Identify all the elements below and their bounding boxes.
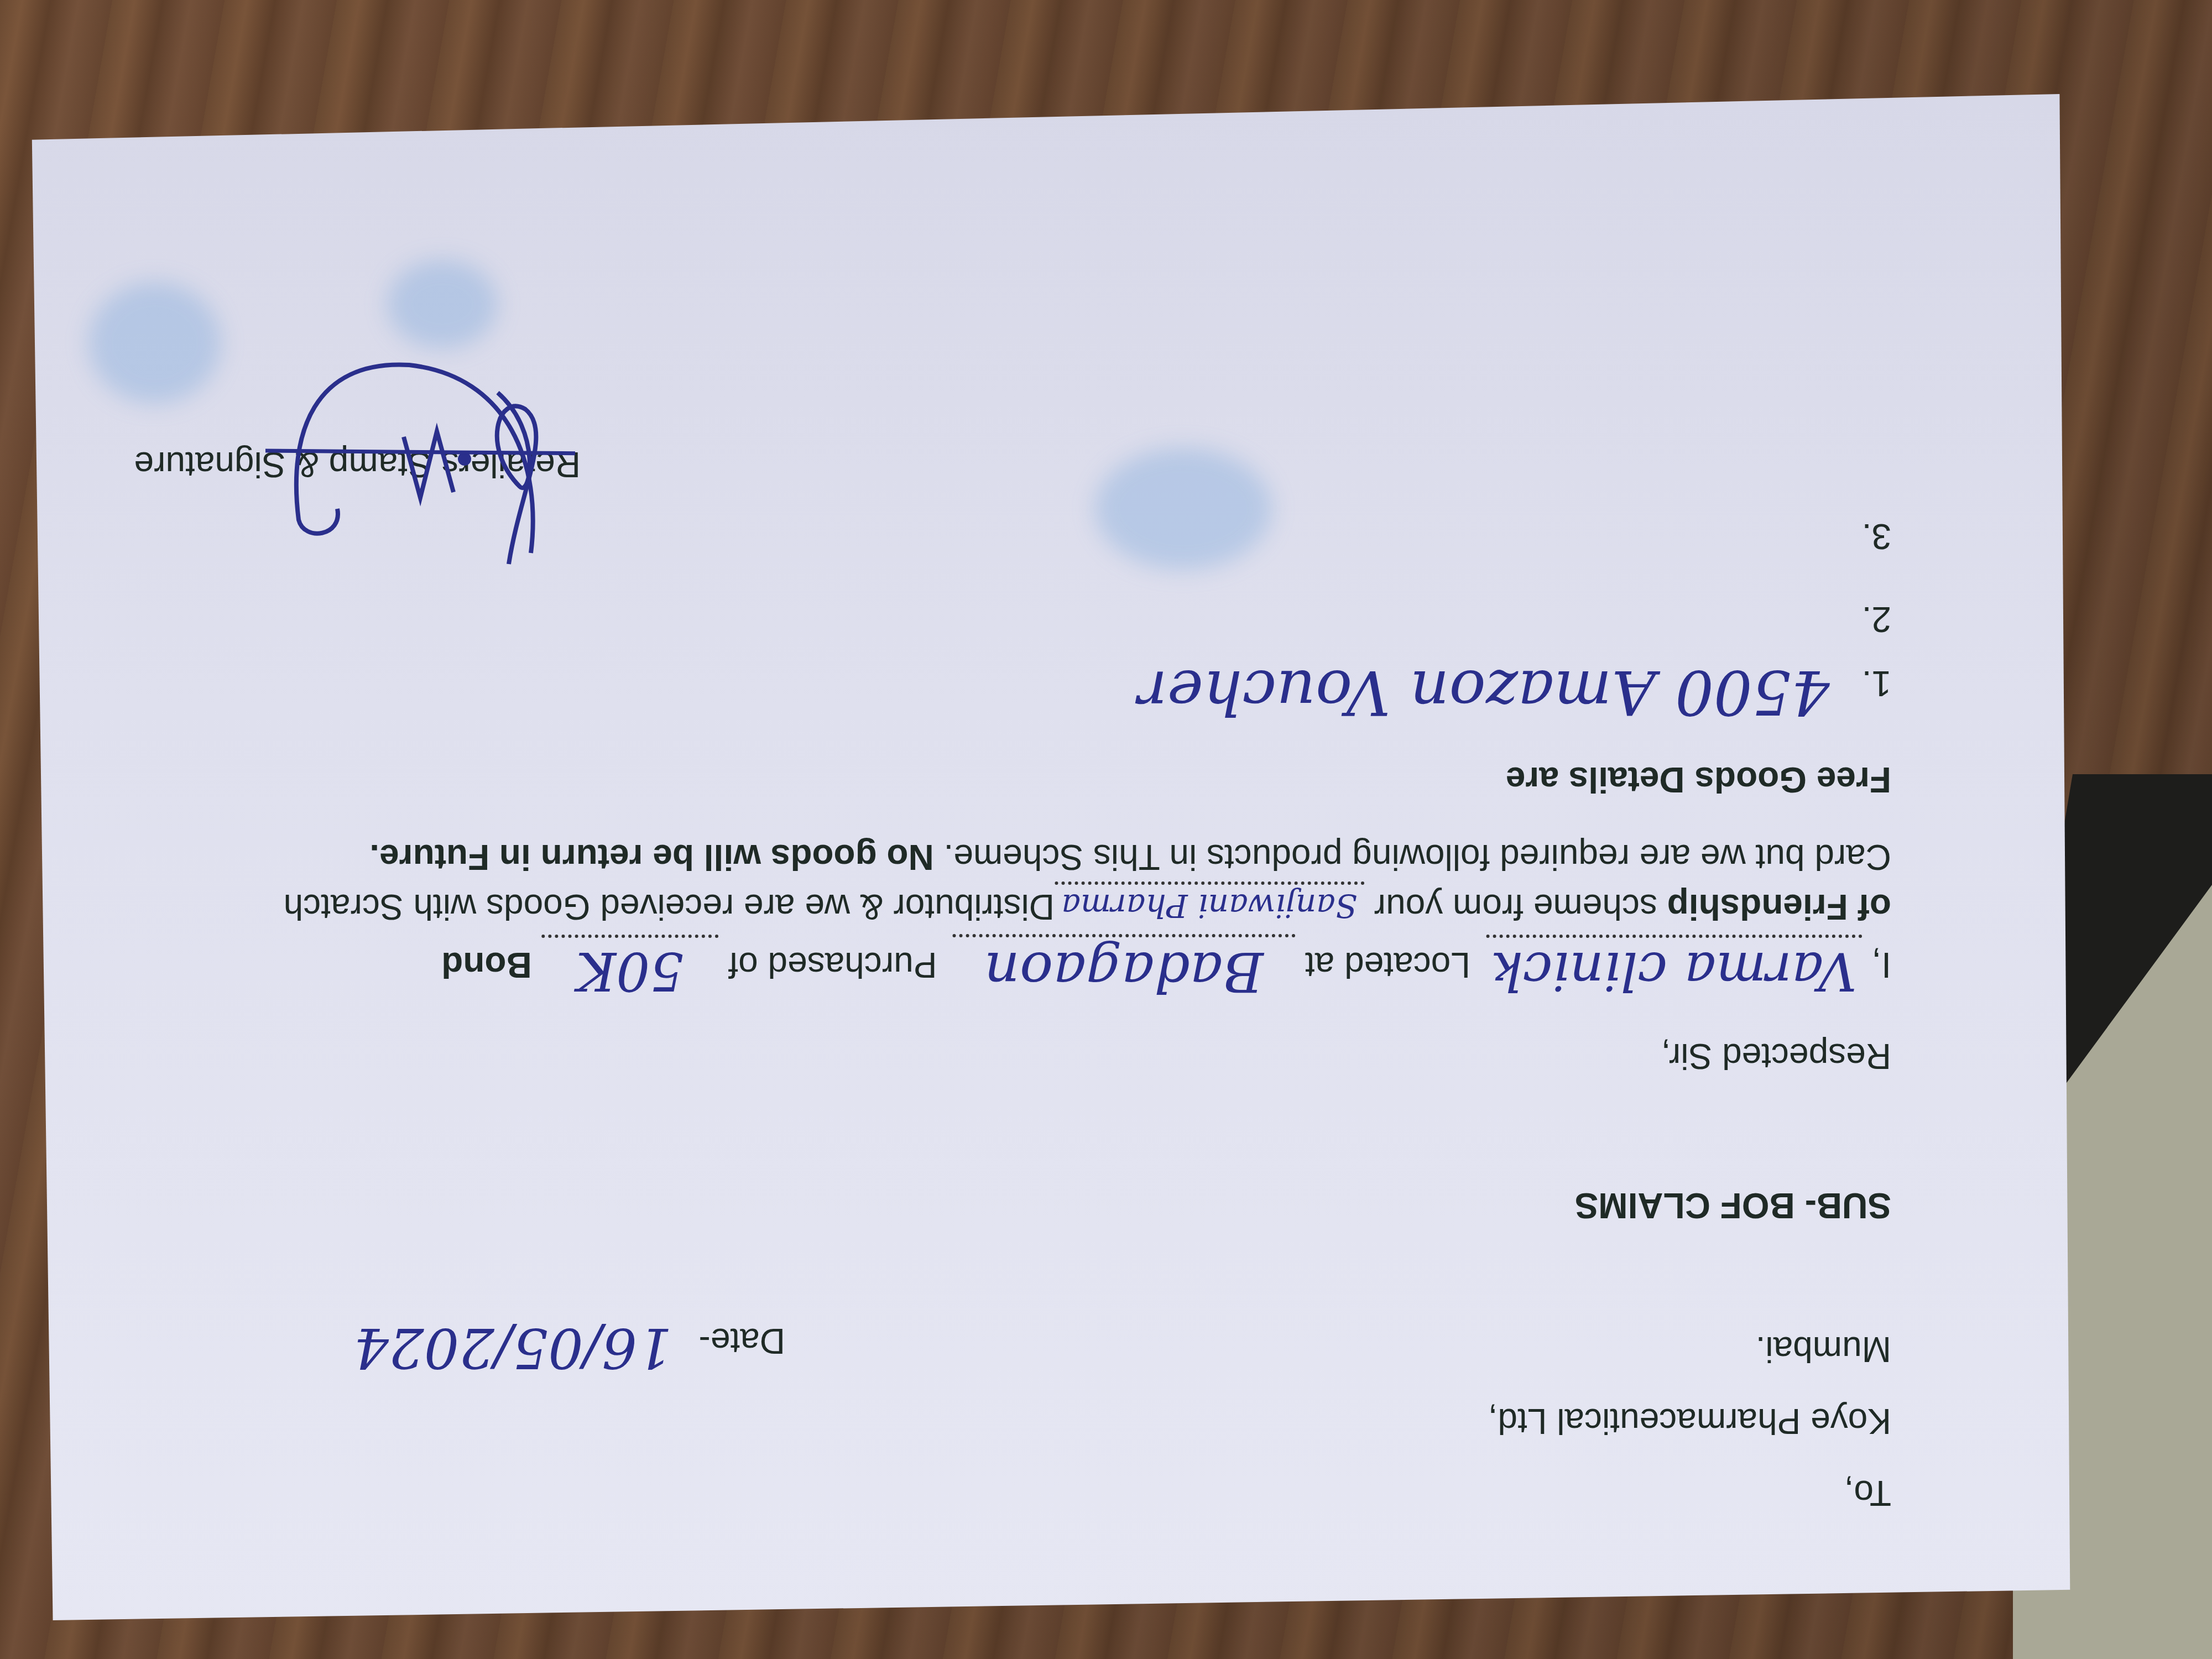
distributor-field: Sanjiwani Pharma	[1055, 881, 1364, 929]
free-goods-item: 2.	[1862, 597, 1891, 641]
distributor-text: Distributor & we are received Goods with…	[284, 887, 1055, 927]
date-label: Date-	[699, 1321, 786, 1361]
body-line-2: of Friendship scheme from your Sanjiwani…	[284, 881, 1891, 929]
purchased-of-label: Purchased of	[728, 945, 937, 985]
body-line-3: Card but we are required following produ…	[369, 835, 1891, 879]
located-at-label: Located at	[1305, 945, 1470, 985]
addressee-company: Koye Pharmaceutical Ltd,	[1488, 1399, 1891, 1443]
subject-line: SUB- BOF CLAIMS	[1575, 1183, 1891, 1228]
distributor-name: Sanjiwani Pharma	[1061, 887, 1357, 925]
no-return-notice: No goods will be return in Future.	[369, 837, 933, 877]
location-field: Badagaon	[952, 934, 1295, 1006]
purchase-amount-field: 50K	[542, 935, 719, 1004]
to-label: To,	[1844, 1471, 1891, 1515]
salutation: Respected Sir,	[1661, 1034, 1891, 1078]
scheme-text: scheme from your	[1364, 887, 1667, 927]
bond-label: Bond	[441, 945, 532, 985]
body-line-1: I, Varma clinick Located at Badagaon Pur…	[441, 934, 1891, 1006]
body-prefix: I,	[1871, 945, 1891, 985]
date-field: Date- 16/05/2024	[353, 1313, 785, 1383]
free-goods-item: 3.	[1862, 514, 1891, 559]
item-text: 4500 Amazon Voucher	[1138, 657, 1830, 728]
ink-blot	[88, 282, 221, 404]
ink-blot	[387, 260, 498, 348]
free-goods-item: 1. 4500 Amazon Voucher	[1138, 654, 1891, 731]
location-value: Badagaon	[984, 940, 1264, 1004]
item-number: 3.	[1862, 517, 1891, 556]
signature-icon	[265, 343, 575, 575]
required-text: Card but we are required following produ…	[934, 837, 1891, 877]
retailer-name-field: Varma clinick	[1486, 935, 1862, 1004]
addressee-city: Mumbai.	[1756, 1327, 1891, 1371]
retailer-name: Varma clinick	[1491, 940, 1857, 1002]
ink-blot	[1095, 448, 1272, 570]
free-goods-heading: Free Goods Details are	[1506, 758, 1891, 802]
purchase-amount: 50K	[577, 940, 684, 1002]
date-value: 16/05/2024	[353, 1316, 672, 1380]
claim-letter-paper: To, Koye Pharmaceutical Ltd, Mumbai. Dat…	[11, 94, 2101, 1620]
item-number: 2.	[1862, 599, 1891, 639]
friendship-text: of Friendship	[1667, 887, 1891, 927]
item-number: 1.	[1862, 664, 1891, 703]
